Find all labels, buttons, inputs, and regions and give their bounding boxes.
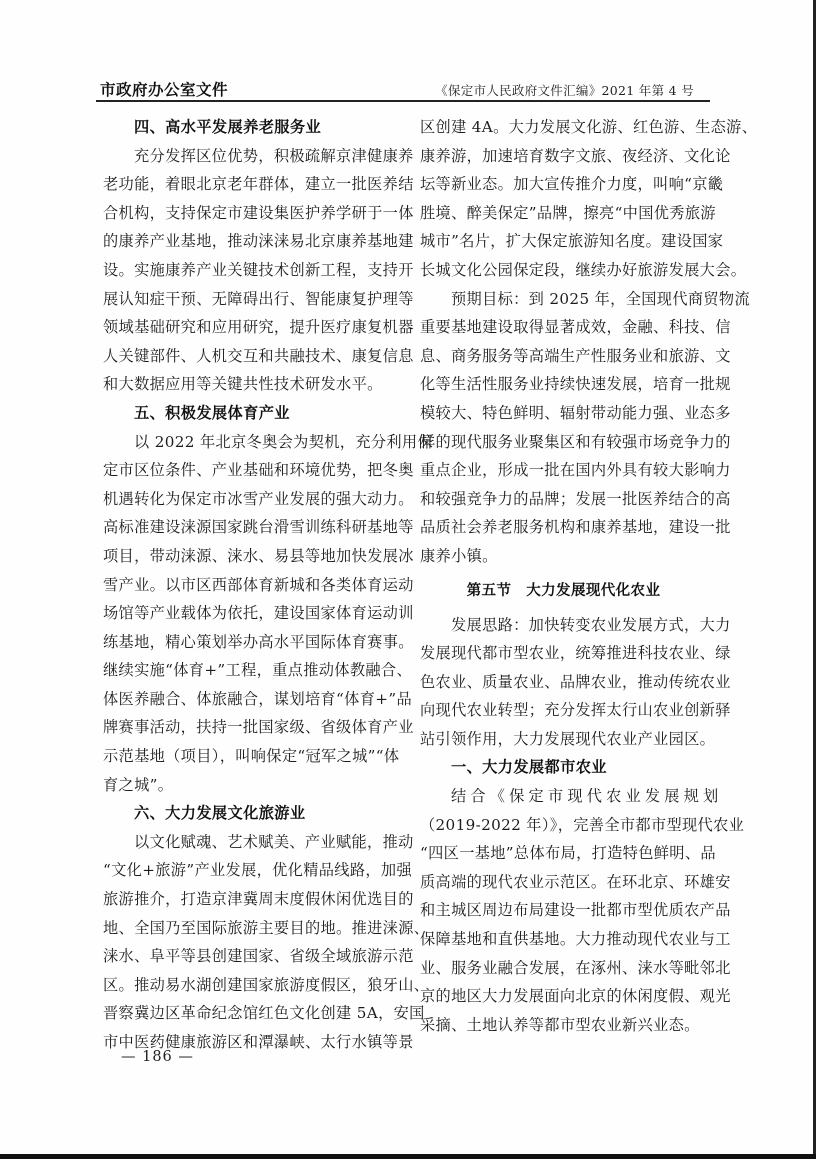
text-line: 京的地区大力发展面向北京的休闲度假、观光 [420,982,725,1011]
header-publication-title: 《保定市人民政府文件汇编》2021 年第 4 号 [435,81,694,99]
text-line: 示范基地（项目），叫响保定“冠军之城”“体 [103,742,408,771]
left-column: 四、高水平发展养老服务业充分发挥区位优势，积极疏解京津健康养老功能，着眼北京老年… [103,113,408,1057]
text-line: 站引领作用，大力发展现代农业产业园区。 [420,725,725,754]
text-line: 合机构，支持保定市建设集医护养学研于一体 [103,199,408,228]
page-number: — 186 — [121,1049,194,1065]
text-line: 坛等新业态。加大宣传推介力度，叫响“京畿 [420,170,725,199]
text-line: 向现代农业转型；充分发挥太行山农业创新驿 [420,696,725,725]
text-line: 设。实施康养产业关键技术创新工程，支持开 [103,256,408,285]
text-line: 和主城区周边布局建设一批都市型优质农产品 [420,896,725,925]
header-office-title: 市政府办公室文件 [100,78,228,100]
text-line: 雪产业。以市区西部体育新城和各类体育运动 [103,571,408,600]
text-line: 的康养产业基地，推动涞涞易北京康养基地建 [103,227,408,256]
paragraph-first-line: 以文化赋魂、艺术赋美、产业赋能，推动 [103,828,408,857]
text-line: 业、服务业融合发展，在涿州、涞水等毗邻北 [420,954,725,983]
text-line: 保障基地和直供基地。大力推动现代农业与工 [420,925,725,954]
text-line: 采摘、土地认养等都市型农业新兴业态。 [420,1011,725,1040]
text-line: 色农业、质量农业、品牌农业，推动传统农业 [420,668,725,697]
text-line: 和大数据应用等关键共性技术研发水平。 [103,370,408,399]
paragraph-first-line: 预期目标：到 2025 年，全国现代商贸物流 [420,285,725,314]
text-line: 练基地，精心策划举办高水平国际体育赛事。 [103,628,408,657]
subsection-heading: 四、高水平发展养老服务业 [103,113,408,142]
text-line: 区。推动易水湖创建国家旅游度假区，狼牙山、 [103,971,408,1000]
text-line: 机遇转化为保定市冰雪产业发展的强大动力。 [103,485,408,514]
subsection-heading: 六、大力发展文化旅游业 [103,799,408,828]
text-line: 人关键部件、人机交互和共融技术、康复信息 [103,342,408,371]
paragraph-first-line: 发展思路：加快转变农业发展方式，大力 [420,611,725,640]
text-line: 重点企业，形成一批在国内外具有较大影响力 [420,456,725,485]
text-line: 展认知症干预、无障碍出行、智能康复护理等 [103,285,408,314]
paragraph-first-line: 结合《保定市现代农业发展规划 [420,782,725,811]
right-column: 区创建 4A。大力发展文化游、红色游、生态游、康养游，加速培育数字文旅、夜经济、… [420,113,725,1039]
header-rule [96,100,710,102]
text-line: 体医养融合、体旅融合，谋划培育“体育+”品 [103,685,408,714]
scan-edge-bottom [0,1154,816,1159]
text-line: 旅游推介，打造京津冀周末度假休闲优选目的 [103,885,408,914]
text-line: 模较大、特色鲜明、辐射带动能力强、业态多 [420,399,725,428]
text-line: “文化+旅游”产业发展，优化精品线路，加强 [103,856,408,885]
text-line: 涞水、阜平等县创建国家、省级全域旅游示范 [103,942,408,971]
text-line: 城市”名片，扩大保定旅游知名度。建设国家 [420,227,725,256]
text-line: 康养小镇。 [420,542,725,571]
text-line: 康养游，加速培育数字文旅、夜经济、文化论 [420,142,725,171]
text-line: 项目，带动涞源、涞水、易县等地加快发展冰 [103,542,408,571]
text-line: 继续实施“体育+”工程，重点推动体教融合、 [103,656,408,685]
text-line: 育之城”。 [103,771,408,800]
section-heading: 第五节 大力发展现代化农业 [420,571,725,611]
paragraph-first-line: 充分发挥区位优势，积极疏解京津健康养 [103,142,408,171]
text-line: 长城文化公园保定段，继续办好旅游发展大会。 [420,256,725,285]
text-line: 发展现代都市型农业，统筹推进科技农业、绿 [420,639,725,668]
text-line: 领域基础研究和应用研究，提升医疗康复机器 [103,313,408,342]
text-line: 区创建 4A。大力发展文化游、红色游、生态游、 [420,113,725,142]
text-line: 定市区位条件、产业基础和环境优势，把冬奥 [103,456,408,485]
text-line: 场馆等产业载体为依托，建设国家体育运动训 [103,599,408,628]
text-line: 老功能，着眼北京老年群体，建立一批医养结 [103,170,408,199]
text-line: 高标准建设涞源国家跳台滑雪训练科研基地等 [103,513,408,542]
document-page: 市政府办公室文件 《保定市人民政府文件汇编》2021 年第 4 号 四、高水平发… [0,0,816,1159]
text-line: （2019-2022 年）》，完善全市都市型现代农业 [420,811,725,840]
text-line: “四区一基地”总体布局，打造特色鲜明、品 [420,839,725,868]
text-line: 牌赛事活动，扶持一批国家级、省级体育产业 [103,713,408,742]
subsection-heading: 五、积极发展体育产业 [103,399,408,428]
text-line: 品质社会养老服务机构和康养基地，建设一批 [420,513,725,542]
text-line: 晋察冀边区革命纪念馆红色文化创建 5A，安国 [103,999,408,1028]
text-line: 重要基地建设取得显著成效，金融、科技、信 [420,313,725,342]
subsection-heading: 一、大力发展都市农业 [420,753,725,782]
text-line: 息、商务服务等高端生产性服务业和旅游、文 [420,342,725,371]
text-line: 和较强竞争力的品牌；发展一批医养结合的高 [420,485,725,514]
paragraph-first-line: 以 2022 年北京冬奥会为契机，充分利用保 [103,428,408,457]
text-line: 化等生活性服务业持续快速发展，培育一批规 [420,370,725,399]
text-line: 样的现代服务业聚集区和有较强市场竞争力的 [420,428,725,457]
running-header: 市政府办公室文件 《保定市人民政府文件汇编》2021 年第 4 号 [96,78,710,100]
text-line: 质高端的现代农业示范区。在环北京、环雄安 [420,868,725,897]
text-line: 胜境、醉美保定”品牌，擦亮“中国优秀旅游 [420,199,725,228]
text-line: 地、全国乃至国际旅游主要目的地。推进涞源、 [103,914,408,943]
